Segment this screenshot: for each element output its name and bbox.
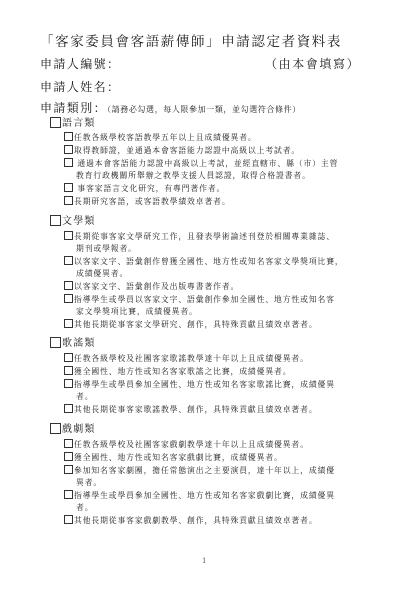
criterion-item[interactable]: 指導學生或學員參加全國性、地方性或知名客家戲劇比賽，成績優異者。 <box>64 490 364 514</box>
criterion-text-cont: 者。 <box>64 391 364 403</box>
applicant-name-label: 申請人姓名： <box>40 78 120 95</box>
criterion-text: 取得教師證，並通過本會客語能力認證中高級以上考試者。 <box>74 146 300 155</box>
category-label: 戲劇類 <box>62 424 96 435</box>
document-page: 「客家委員會客語薪傳師」申請認定者資料表 申請人編號： （由本會填寫） 申請人姓… <box>0 0 420 593</box>
criterion-text-cont: 異者。 <box>64 477 364 489</box>
criterion-text: 長期從事客家文學研究工作，且發表學術論述刊登於相關專業雜誌、 <box>74 232 335 241</box>
checkbox[interactable] <box>64 158 73 167</box>
checkbox[interactable] <box>64 353 73 362</box>
category-label: 歌謠類 <box>62 338 96 349</box>
criterion-text: 指導學生或學員以客家文字、語彙創作參加全國性、地方性或知名客 <box>74 295 335 304</box>
category-drama[interactable]: 戲劇類 <box>50 420 96 435</box>
criterion-item[interactable]: 以客家文字、語彙創作及出版專書著作者。 <box>64 281 364 293</box>
criterion-text: 其他長期從事客家戲劇教學、創作，具特殊貢獻且績效卓著者。 <box>74 516 318 525</box>
checkbox[interactable] <box>64 366 73 375</box>
category-folk-songs[interactable]: 歌謠類 <box>50 334 96 349</box>
criterion-item[interactable]: 長期從事客家文學研究工作，且發表學術論述刊登於相關專業雜誌、期刊或學報者。 <box>64 231 364 255</box>
criterion-item[interactable]: 以客家文字、語彙創作曾獲全國性、地方性或知名客家文學獎項比賽，成績優異者。 <box>64 256 364 280</box>
criterion-text: 指導學生或學員參加全國性、地方性或知名客家戲劇比賽，成績優異 <box>74 491 335 500</box>
criterion-item[interactable]: 獲全國性、地方性或知名客家歌謠之比賽，成績優異者。 <box>64 366 364 378</box>
category-hint: （請務必勾選，每人限參加一類，並勾選符合條件） <box>107 105 301 114</box>
criterion-text-cont: 期刊或學報者。 <box>64 243 364 255</box>
checkbox[interactable] <box>64 319 73 328</box>
criterion-text: 事客家語言文化研究，有專門著作者。 <box>74 184 225 193</box>
criterion-text: 其他長期從事客家歌謠教學、創作，具特殊貢獻且績效卓著者。 <box>74 405 318 414</box>
checkbox[interactable] <box>64 281 73 290</box>
checkbox[interactable] <box>50 337 61 348</box>
criterion-text: 通過本會客語能力認證中高級以上考試，並經直轄市、縣（市）主管 <box>74 159 338 168</box>
category-literature[interactable]: 文學類 <box>50 212 96 227</box>
checkbox[interactable] <box>64 196 73 205</box>
checkbox[interactable] <box>64 294 73 303</box>
checkbox[interactable] <box>50 117 61 128</box>
criterion-text: 以客家文字、語彙創作曾獲全國性、地方性或知名客家文學獎項比賽， <box>74 257 344 266</box>
checkbox[interactable] <box>64 490 73 499</box>
checkbox[interactable] <box>64 465 73 474</box>
criterion-text: 獲全國性、地方性或知名客家歌謠之比賽，成績優異者。 <box>74 367 291 376</box>
criterion-item[interactable]: 指導學生或學員以客家文字、語彙創作參加全國性、地方性或知名客家文學獎項比賽，成績… <box>64 294 364 318</box>
criterion-text: 參加知名客家劇團，擔任常態演出之主要演員，達十年以上，成績優 <box>74 466 335 475</box>
criterion-item[interactable]: 參加知名客家劇團，擔任常態演出之主要演員，達十年以上，成績優異者。 <box>64 465 364 489</box>
criterion-text-cont: 家文學獎項比賽，成績優異者。 <box>64 306 364 318</box>
checkbox[interactable] <box>64 452 73 461</box>
checkbox[interactable] <box>64 183 73 192</box>
criterion-text: 獲全國性、地方性或知名客家戲劇比賽，成績優異者。 <box>74 453 283 462</box>
checkbox[interactable] <box>50 215 61 226</box>
checkbox[interactable] <box>64 515 73 524</box>
checkbox[interactable] <box>64 145 73 154</box>
checkbox[interactable] <box>64 404 73 413</box>
criterion-item[interactable]: 其他長期從事客家歌謠教學、創作，具特殊貢獻且績效卓著者。 <box>64 404 364 416</box>
criterion-item[interactable]: 任教各級學校客語教學五年以上且成績優異者。 <box>64 132 364 144</box>
criterion-text-cont: 成績優異者。 <box>64 268 364 280</box>
criterion-item[interactable]: 獲全國性、地方性或知名客家戲劇比賽，成績優異者。 <box>64 452 364 464</box>
applicant-id-note: （由本會填寫） <box>265 55 360 72</box>
criterion-text: 其他長期從事客家文學研究、創作，具特殊貢獻且績效卓著者。 <box>74 320 318 329</box>
criterion-text: 以客家文字、語彙創作及出版專書著作者。 <box>74 282 239 291</box>
criterion-text-cont: 教育行政機關所舉辦之教學支援人員認證，取得合格證書者。 <box>64 170 364 182</box>
checkbox[interactable] <box>64 439 73 448</box>
criterion-text: 任教各級學校客語教學五年以上且成績優異者。 <box>74 133 257 142</box>
criterion-item[interactable]: 其他長期從事客家戲劇教學、創作，具特殊貢獻且績效卓著者。 <box>64 515 364 527</box>
category-label: 申請類別： <box>40 101 107 115</box>
checkbox[interactable] <box>64 231 73 240</box>
criterion-item[interactable]: 指導學生或學員參加全國性、地方性或知名客家歌謠比賽，成績優異者。 <box>64 379 364 403</box>
criterion-item[interactable]: 其他長期從事客家文學研究、創作，具特殊貢獻且績效卓著者。 <box>64 319 364 331</box>
criterion-text: 任教各級學校及社團客家戲劇教學達十年以上且成績優異者。 <box>74 440 309 449</box>
document-title: 「客家委員會客語薪傳師」申請認定者資料表 <box>40 30 342 50</box>
category-label: 語言類 <box>62 118 96 129</box>
criterion-text: 長期研究客語，或客語教學績效卓著者。 <box>74 197 231 206</box>
checkbox[interactable] <box>64 256 73 265</box>
criterion-item[interactable]: 長期研究客語，或客語教學績效卓著者。 <box>64 196 364 208</box>
checkbox[interactable] <box>64 379 73 388</box>
checkbox[interactable] <box>50 423 61 434</box>
category-language[interactable]: 語言類 <box>50 114 96 129</box>
criterion-text-cont: 者。 <box>64 502 364 514</box>
category-label: 文學類 <box>62 216 96 227</box>
criterion-item[interactable]: 任教各級學校及社團客家歌謠教學達十年以上且成績優異者。 <box>64 353 364 365</box>
criterion-item[interactable]: 取得教師證，並通過本會客語能力認證中高級以上考試者。 <box>64 145 364 157</box>
criterion-item[interactable]: 通過本會客語能力認證中高級以上考試，並經直轄市、縣（市）主管教育行政機關所舉辦之… <box>64 158 364 182</box>
criterion-text: 指導學生或學員參加全國性、地方性或知名客家歌謠比賽，成績優異 <box>74 380 335 389</box>
criterion-text: 任教各級學校及社團客家歌謠教學達十年以上且成績優異者。 <box>74 354 309 363</box>
applicant-id-label: 申請人編號： <box>40 55 120 72</box>
page-number: 1 <box>202 557 206 565</box>
checkbox[interactable] <box>64 132 73 141</box>
criterion-item[interactable]: 事客家語言文化研究，有專門著作者。 <box>64 183 364 195</box>
criterion-item[interactable]: 任教各級學校及社團客家戲劇教學達十年以上且成績優異者。 <box>64 439 364 451</box>
